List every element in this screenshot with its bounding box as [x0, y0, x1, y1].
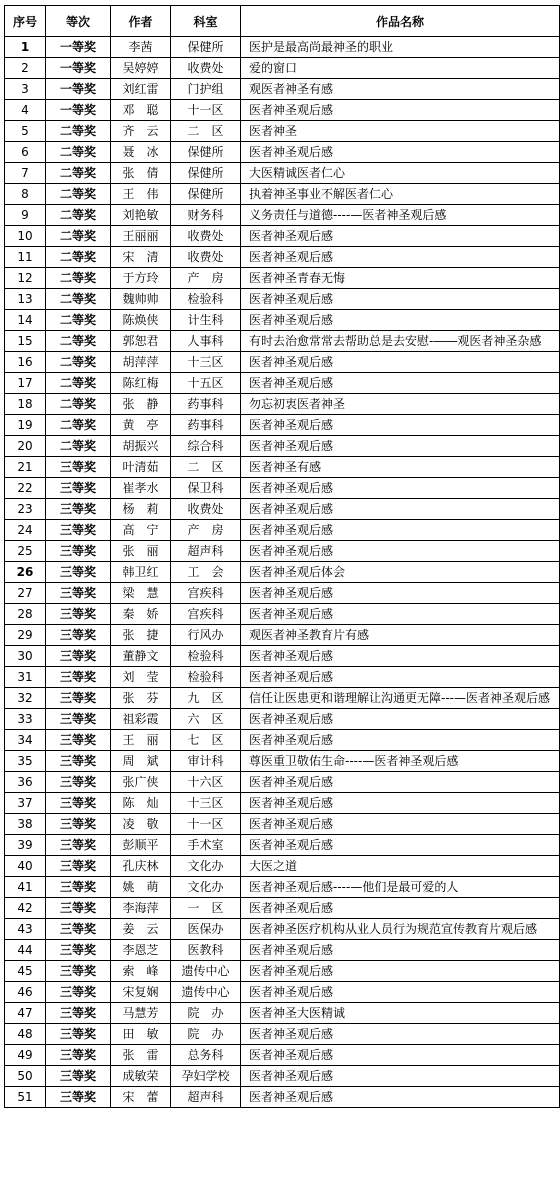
- row-number-cell: 26: [5, 562, 46, 583]
- department-cell: 遗传中心: [171, 961, 241, 982]
- department-cell: 六 区: [171, 709, 241, 730]
- row-number-cell: 14: [5, 310, 46, 331]
- row-number-cell: 50: [5, 1066, 46, 1087]
- row-number-cell: 25: [5, 541, 46, 562]
- table-row: 20二等奖胡振兴综合科医者神圣观后感: [5, 436, 560, 457]
- department-cell: 医教科: [171, 940, 241, 961]
- author-cell: 董静文: [111, 646, 171, 667]
- row-number-cell: 20: [5, 436, 46, 457]
- work-title-cell: 大医精诚医者仁心: [241, 163, 560, 184]
- department-cell: 文化办: [171, 877, 241, 898]
- table-row: 33三等奖祖彩霞六 区医者神圣观后感: [5, 709, 560, 730]
- department-cell: 文化办: [171, 856, 241, 877]
- author-cell: 秦 娇: [111, 604, 171, 625]
- department-cell: 收费处: [171, 226, 241, 247]
- author-cell: 张 捷: [111, 625, 171, 646]
- table-row: 37三等奖陈 灿十三区医者神圣观后感: [5, 793, 560, 814]
- department-cell: 收费处: [171, 247, 241, 268]
- department-cell: 十六区: [171, 772, 241, 793]
- work-title-cell: 医者神圣观后感: [241, 289, 560, 310]
- award-level-cell: 三等奖: [46, 1024, 111, 1045]
- department-cell: 财务科: [171, 205, 241, 226]
- row-number-cell: 32: [5, 688, 46, 709]
- author-cell: 邓 聪: [111, 100, 171, 121]
- department-cell: 收费处: [171, 499, 241, 520]
- department-cell: 院 办: [171, 1003, 241, 1024]
- row-number-cell: 41: [5, 877, 46, 898]
- row-number-cell: 48: [5, 1024, 46, 1045]
- table-row: 41三等奖姚 萌文化办医者神圣观后感----—他们是最可爱的人: [5, 877, 560, 898]
- table-row: 10二等奖王丽丽收费处医者神圣观后感: [5, 226, 560, 247]
- table-row: 17二等奖陈红梅十五区医者神圣观后感: [5, 373, 560, 394]
- award-level-cell: 二等奖: [46, 310, 111, 331]
- work-title-cell: 医者神圣观后感: [241, 352, 560, 373]
- award-level-cell: 三等奖: [46, 1045, 111, 1066]
- award-level-cell: 二等奖: [46, 163, 111, 184]
- table-row: 31三等奖刘 莹检验科医者神圣观后感: [5, 667, 560, 688]
- department-cell: 一 区: [171, 898, 241, 919]
- table-row: 16二等奖胡萍萍十三区医者神圣观后感: [5, 352, 560, 373]
- table-row: 8二等奖王 伟保健所执着神圣事业不解医者仁心: [5, 184, 560, 205]
- row-number-cell: 27: [5, 583, 46, 604]
- work-title-cell: 医者神圣观后感: [241, 1045, 560, 1066]
- work-title-cell: 医者神圣大医精诚: [241, 1003, 560, 1024]
- author-cell: 索 峰: [111, 961, 171, 982]
- department-cell: 手术室: [171, 835, 241, 856]
- award-level-cell: 三等奖: [46, 793, 111, 814]
- author-cell: 陈红梅: [111, 373, 171, 394]
- table-row: 7二等奖张 倩保健所大医精诚医者仁心: [5, 163, 560, 184]
- row-number-cell: 42: [5, 898, 46, 919]
- author-cell: 田 敏: [111, 1024, 171, 1045]
- author-cell: 张 雷: [111, 1045, 171, 1066]
- table-row: 13二等奖魏帅帅检验科医者神圣观后感: [5, 289, 560, 310]
- department-cell: 十三区: [171, 352, 241, 373]
- department-cell: 医保办: [171, 919, 241, 940]
- award-level-cell: 三等奖: [46, 709, 111, 730]
- work-title-cell: 医者神圣观后感: [241, 436, 560, 457]
- work-title-cell: 执着神圣事业不解医者仁心: [241, 184, 560, 205]
- table-row: 21三等奖叶清茹二 区医者神圣有感: [5, 457, 560, 478]
- column-header-number: 序号: [5, 6, 46, 37]
- award-level-cell: 二等奖: [46, 289, 111, 310]
- award-level-cell: 一等奖: [46, 79, 111, 100]
- table-row: 46三等奖宋复娴遗传中心医者神圣观后感: [5, 982, 560, 1003]
- author-cell: 聂 冰: [111, 142, 171, 163]
- work-title-cell: 医者神圣青春无悔: [241, 268, 560, 289]
- table-row: 47三等奖马慧芳院 办医者神圣大医精诚: [5, 1003, 560, 1024]
- work-title-cell: 医者神圣观后感: [241, 415, 560, 436]
- award-level-cell: 三等奖: [46, 541, 111, 562]
- awards-table-header: 序号 等次 作者 科室 作品名称: [5, 6, 560, 37]
- table-row: 9二等奖刘艳敏财务科义务责任与道德----—医者神圣观后感: [5, 205, 560, 226]
- department-cell: 保健所: [171, 37, 241, 58]
- row-number-cell: 3: [5, 79, 46, 100]
- department-cell: 九 区: [171, 688, 241, 709]
- work-title-cell: 医者神圣观后感: [241, 583, 560, 604]
- header-row: 序号 等次 作者 科室 作品名称: [5, 6, 560, 37]
- award-level-cell: 二等奖: [46, 373, 111, 394]
- author-cell: 成敏荣: [111, 1066, 171, 1087]
- award-level-cell: 三等奖: [46, 1066, 111, 1087]
- row-number-cell: 29: [5, 625, 46, 646]
- department-cell: 检验科: [171, 667, 241, 688]
- row-number-cell: 22: [5, 478, 46, 499]
- author-cell: 凌 敬: [111, 814, 171, 835]
- department-cell: 人事科: [171, 331, 241, 352]
- author-cell: 宋 清: [111, 247, 171, 268]
- award-level-cell: 三等奖: [46, 583, 111, 604]
- author-cell: 宋 蕾: [111, 1087, 171, 1108]
- award-level-cell: 三等奖: [46, 562, 111, 583]
- award-level-cell: 二等奖: [46, 352, 111, 373]
- work-title-cell: 尊医重卫敬佑生命----—医者神圣观后感: [241, 751, 560, 772]
- award-level-cell: 三等奖: [46, 772, 111, 793]
- work-title-cell: 医者神圣观后感: [241, 499, 560, 520]
- work-title-cell: 信任让医患更和谐理解让沟通更无障---—医者神圣观后感: [241, 688, 560, 709]
- work-title-cell: 医者神圣观后感: [241, 793, 560, 814]
- work-title-cell: 医者神圣医疗机构从业人员行为规范宣传教育片观后感: [241, 919, 560, 940]
- table-row: 25三等奖张 丽超声科医者神圣观后感: [5, 541, 560, 562]
- work-title-cell: 医者神圣观后感: [241, 961, 560, 982]
- award-level-cell: 三等奖: [46, 898, 111, 919]
- department-cell: 保健所: [171, 184, 241, 205]
- work-title-cell: 医者神圣观后感: [241, 520, 560, 541]
- row-number-cell: 47: [5, 1003, 46, 1024]
- department-cell: 检验科: [171, 289, 241, 310]
- award-level-cell: 一等奖: [46, 37, 111, 58]
- award-level-cell: 三等奖: [46, 478, 111, 499]
- row-number-cell: 39: [5, 835, 46, 856]
- author-cell: 梁 慧: [111, 583, 171, 604]
- table-row: 35三等奖周 斌审计科尊医重卫敬佑生命----—医者神圣观后感: [5, 751, 560, 772]
- department-cell: 审计科: [171, 751, 241, 772]
- table-row: 44三等奖李恩芝医教科医者神圣观后感: [5, 940, 560, 961]
- author-cell: 韩卫红: [111, 562, 171, 583]
- column-header-work-title: 作品名称: [241, 6, 560, 37]
- department-cell: 超声科: [171, 541, 241, 562]
- table-row: 12二等奖于方玲产 房医者神圣青春无悔: [5, 268, 560, 289]
- row-number-cell: 23: [5, 499, 46, 520]
- award-level-cell: 二等奖: [46, 247, 111, 268]
- award-level-cell: 二等奖: [46, 436, 111, 457]
- award-level-cell: 二等奖: [46, 205, 111, 226]
- row-number-cell: 13: [5, 289, 46, 310]
- table-row: 22三等奖崔孝水保卫科医者神圣观后感: [5, 478, 560, 499]
- table-row: 40三等奖孔庆林文化办大医之道: [5, 856, 560, 877]
- department-cell: 十三区: [171, 793, 241, 814]
- row-number-cell: 7: [5, 163, 46, 184]
- table-row: 14二等奖陈焕侠计生科医者神圣观后感: [5, 310, 560, 331]
- author-cell: 高 宁: [111, 520, 171, 541]
- work-title-cell: 医护是最高尚最神圣的职业: [241, 37, 560, 58]
- row-number-cell: 28: [5, 604, 46, 625]
- department-cell: 保健所: [171, 142, 241, 163]
- author-cell: 周 斌: [111, 751, 171, 772]
- work-title-cell: 医者神圣观后感: [241, 667, 560, 688]
- page: 序号 等次 作者 科室 作品名称 1一等奖李茜保健所医护是最高尚最神圣的职业2一…: [0, 0, 560, 1199]
- author-cell: 李恩芝: [111, 940, 171, 961]
- work-title-cell: 医者神圣观后感: [241, 898, 560, 919]
- work-title-cell: 医者神圣观后感: [241, 1066, 560, 1087]
- department-cell: 超声科: [171, 1087, 241, 1108]
- award-level-cell: 三等奖: [46, 520, 111, 541]
- author-cell: 王 丽: [111, 730, 171, 751]
- author-cell: 胡萍萍: [111, 352, 171, 373]
- department-cell: 保卫科: [171, 478, 241, 499]
- department-cell: 检验科: [171, 646, 241, 667]
- row-number-cell: 8: [5, 184, 46, 205]
- award-level-cell: 二等奖: [46, 121, 111, 142]
- department-cell: 产 房: [171, 268, 241, 289]
- department-cell: 药事科: [171, 394, 241, 415]
- author-cell: 祖彩霞: [111, 709, 171, 730]
- table-row: 50三等奖成敏荣孕妇学校医者神圣观后感: [5, 1066, 560, 1087]
- awards-table: 序号 等次 作者 科室 作品名称 1一等奖李茜保健所医护是最高尚最神圣的职业2一…: [4, 5, 560, 1108]
- work-title-cell: 医者神圣观后感: [241, 373, 560, 394]
- table-row: 3一等奖刘红雷门护组观医者神圣有感: [5, 79, 560, 100]
- award-level-cell: 一等奖: [46, 58, 111, 79]
- author-cell: 马慧芳: [111, 1003, 171, 1024]
- award-level-cell: 三等奖: [46, 835, 111, 856]
- award-level-cell: 三等奖: [46, 688, 111, 709]
- row-number-cell: 15: [5, 331, 46, 352]
- work-title-cell: 医者神圣观后感: [241, 835, 560, 856]
- department-cell: 宫疾科: [171, 583, 241, 604]
- table-row: 38三等奖凌 敬十一区医者神圣观后感: [5, 814, 560, 835]
- row-number-cell: 37: [5, 793, 46, 814]
- department-cell: 计生科: [171, 310, 241, 331]
- author-cell: 张广侠: [111, 772, 171, 793]
- department-cell: 产 房: [171, 520, 241, 541]
- department-cell: 十一区: [171, 814, 241, 835]
- author-cell: 宋复娴: [111, 982, 171, 1003]
- row-number-cell: 18: [5, 394, 46, 415]
- row-number-cell: 11: [5, 247, 46, 268]
- table-row: 18二等奖张 静药事科勿忘初衷医者神圣: [5, 394, 560, 415]
- award-level-cell: 二等奖: [46, 394, 111, 415]
- row-number-cell: 35: [5, 751, 46, 772]
- row-number-cell: 1: [5, 37, 46, 58]
- author-cell: 孔庆林: [111, 856, 171, 877]
- department-cell: 十五区: [171, 373, 241, 394]
- author-cell: 吴婷婷: [111, 58, 171, 79]
- row-number-cell: 21: [5, 457, 46, 478]
- author-cell: 刘艳敏: [111, 205, 171, 226]
- table-row: 34三等奖王 丽七 区医者神圣观后感: [5, 730, 560, 751]
- award-level-cell: 三等奖: [46, 667, 111, 688]
- author-cell: 王 伟: [111, 184, 171, 205]
- row-number-cell: 31: [5, 667, 46, 688]
- author-cell: 陈焕侠: [111, 310, 171, 331]
- award-level-cell: 三等奖: [46, 877, 111, 898]
- table-row: 29三等奖张 捷行风办观医者神圣教育片有感: [5, 625, 560, 646]
- award-level-cell: 三等奖: [46, 856, 111, 877]
- table-row: 15二等奖郭恕君人事科有时去治愈常常去帮助总是去安慰-――观医者神圣杂感: [5, 331, 560, 352]
- work-title-cell: 医者神圣观后体会: [241, 562, 560, 583]
- table-row: 39三等奖彭顺平手术室医者神圣观后感: [5, 835, 560, 856]
- table-row: 45三等奖索 峰遗传中心医者神圣观后感: [5, 961, 560, 982]
- row-number-cell: 34: [5, 730, 46, 751]
- work-title-cell: 义务责任与道德----—医者神圣观后感: [241, 205, 560, 226]
- department-cell: 总务科: [171, 1045, 241, 1066]
- author-cell: 黄 亭: [111, 415, 171, 436]
- column-header-author: 作者: [111, 6, 171, 37]
- row-number-cell: 16: [5, 352, 46, 373]
- row-number-cell: 45: [5, 961, 46, 982]
- work-title-cell: 医者神圣观后感: [241, 982, 560, 1003]
- work-title-cell: 勿忘初衷医者神圣: [241, 394, 560, 415]
- table-row: 6二等奖聂 冰保健所医者神圣观后感: [5, 142, 560, 163]
- table-row: 5二等奖齐 云二 区医者神圣: [5, 121, 560, 142]
- work-title-cell: 医者神圣观后感: [241, 604, 560, 625]
- work-title-cell: 医者神圣: [241, 121, 560, 142]
- award-level-cell: 二等奖: [46, 226, 111, 247]
- table-row: 1一等奖李茜保健所医护是最高尚最神圣的职业: [5, 37, 560, 58]
- work-title-cell: 医者神圣观后感: [241, 100, 560, 121]
- author-cell: 姚 萌: [111, 877, 171, 898]
- row-number-cell: 24: [5, 520, 46, 541]
- author-cell: 张 静: [111, 394, 171, 415]
- department-cell: 综合科: [171, 436, 241, 457]
- author-cell: 胡振兴: [111, 436, 171, 457]
- table-row: 49三等奖张 雷总务科医者神圣观后感: [5, 1045, 560, 1066]
- work-title-cell: 观医者神圣有感: [241, 79, 560, 100]
- table-row: 24三等奖高 宁产 房医者神圣观后感: [5, 520, 560, 541]
- work-title-cell: 医者神圣观后感: [241, 541, 560, 562]
- author-cell: 叶清茹: [111, 457, 171, 478]
- table-row: 19二等奖黄 亭药事科医者神圣观后感: [5, 415, 560, 436]
- department-cell: 孕妇学校: [171, 1066, 241, 1087]
- work-title-cell: 医者神圣观后感: [241, 478, 560, 499]
- table-row: 23三等奖杨 莉收费处医者神圣观后感: [5, 499, 560, 520]
- row-number-cell: 5: [5, 121, 46, 142]
- author-cell: 张 芬: [111, 688, 171, 709]
- author-cell: 于方玲: [111, 268, 171, 289]
- award-level-cell: 三等奖: [46, 919, 111, 940]
- department-cell: 药事科: [171, 415, 241, 436]
- column-header-award: 等次: [46, 6, 111, 37]
- table-row: 4一等奖邓 聪十一区医者神圣观后感: [5, 100, 560, 121]
- author-cell: 刘红雷: [111, 79, 171, 100]
- award-level-cell: 二等奖: [46, 184, 111, 205]
- work-title-cell: 医者神圣观后感: [241, 730, 560, 751]
- work-title-cell: 医者神圣观后感: [241, 940, 560, 961]
- work-title-cell: 医者神圣观后感: [241, 142, 560, 163]
- award-level-cell: 一等奖: [46, 100, 111, 121]
- department-cell: 七 区: [171, 730, 241, 751]
- department-cell: 工 会: [171, 562, 241, 583]
- row-number-cell: 40: [5, 856, 46, 877]
- award-level-cell: 三等奖: [46, 646, 111, 667]
- row-number-cell: 51: [5, 1087, 46, 1108]
- work-title-cell: 医者神圣有感: [241, 457, 560, 478]
- author-cell: 崔孝水: [111, 478, 171, 499]
- row-number-cell: 38: [5, 814, 46, 835]
- table-row: 43三等奖姜 云医保办医者神圣医疗机构从业人员行为规范宣传教育片观后感: [5, 919, 560, 940]
- row-number-cell: 6: [5, 142, 46, 163]
- row-number-cell: 33: [5, 709, 46, 730]
- author-cell: 彭顺平: [111, 835, 171, 856]
- table-row: 11二等奖宋 清收费处医者神圣观后感: [5, 247, 560, 268]
- department-cell: 二 区: [171, 457, 241, 478]
- award-level-cell: 三等奖: [46, 499, 111, 520]
- award-level-cell: 二等奖: [46, 142, 111, 163]
- award-level-cell: 二等奖: [46, 331, 111, 352]
- work-title-cell: 医者神圣观后感: [241, 1087, 560, 1108]
- department-cell: 十一区: [171, 100, 241, 121]
- row-number-cell: 19: [5, 415, 46, 436]
- department-cell: 行风办: [171, 625, 241, 646]
- row-number-cell: 17: [5, 373, 46, 394]
- row-number-cell: 46: [5, 982, 46, 1003]
- work-title-cell: 医者神圣观后感: [241, 247, 560, 268]
- author-cell: 张 丽: [111, 541, 171, 562]
- work-title-cell: 医者神圣观后感: [241, 1024, 560, 1045]
- table-row: 32三等奖张 芬九 区信任让医患更和谐理解让沟通更无障---—医者神圣观后感: [5, 688, 560, 709]
- row-number-cell: 10: [5, 226, 46, 247]
- row-number-cell: 30: [5, 646, 46, 667]
- department-cell: 宫疾科: [171, 604, 241, 625]
- row-number-cell: 49: [5, 1045, 46, 1066]
- author-cell: 陈 灿: [111, 793, 171, 814]
- table-row: 27三等奖梁 慧宫疾科医者神圣观后感: [5, 583, 560, 604]
- table-row: 28三等奖秦 娇宫疾科医者神圣观后感: [5, 604, 560, 625]
- work-title-cell: 爱的窗口: [241, 58, 560, 79]
- work-title-cell: 医者神圣观后感: [241, 772, 560, 793]
- author-cell: 李茜: [111, 37, 171, 58]
- award-level-cell: 三等奖: [46, 814, 111, 835]
- award-level-cell: 三等奖: [46, 1003, 111, 1024]
- award-level-cell: 三等奖: [46, 751, 111, 772]
- table-row: 30三等奖董静文检验科医者神圣观后感: [5, 646, 560, 667]
- award-level-cell: 三等奖: [46, 940, 111, 961]
- row-number-cell: 12: [5, 268, 46, 289]
- table-row: 2一等奖吴婷婷收费处爱的窗口: [5, 58, 560, 79]
- department-cell: 遗传中心: [171, 982, 241, 1003]
- award-level-cell: 三等奖: [46, 457, 111, 478]
- work-title-cell: 医者神圣观后感----—他们是最可爱的人: [241, 877, 560, 898]
- table-row: 51三等奖宋 蕾超声科医者神圣观后感: [5, 1087, 560, 1108]
- award-level-cell: 三等奖: [46, 604, 111, 625]
- row-number-cell: 2: [5, 58, 46, 79]
- table-row: 36三等奖张广侠十六区医者神圣观后感: [5, 772, 560, 793]
- author-cell: 姜 云: [111, 919, 171, 940]
- row-number-cell: 43: [5, 919, 46, 940]
- author-cell: 李海萍: [111, 898, 171, 919]
- department-cell: 院 办: [171, 1024, 241, 1045]
- row-number-cell: 9: [5, 205, 46, 226]
- row-number-cell: 44: [5, 940, 46, 961]
- work-title-cell: 观医者神圣教育片有感: [241, 625, 560, 646]
- award-level-cell: 二等奖: [46, 268, 111, 289]
- award-level-cell: 三等奖: [46, 625, 111, 646]
- award-level-cell: 三等奖: [46, 982, 111, 1003]
- work-title-cell: 医者神圣观后感: [241, 814, 560, 835]
- author-cell: 王丽丽: [111, 226, 171, 247]
- work-title-cell: 医者神圣观后感: [241, 646, 560, 667]
- awards-table-body: 1一等奖李茜保健所医护是最高尚最神圣的职业2一等奖吴婷婷收费处爱的窗口3一等奖刘…: [5, 37, 560, 1108]
- author-cell: 杨 莉: [111, 499, 171, 520]
- author-cell: 刘 莹: [111, 667, 171, 688]
- award-level-cell: 三等奖: [46, 961, 111, 982]
- award-level-cell: 二等奖: [46, 415, 111, 436]
- award-level-cell: 三等奖: [46, 1087, 111, 1108]
- department-cell: 门护组: [171, 79, 241, 100]
- work-title-cell: 医者神圣观后感: [241, 709, 560, 730]
- award-level-cell: 三等奖: [46, 730, 111, 751]
- work-title-cell: 有时去治愈常常去帮助总是去安慰-――观医者神圣杂感: [241, 331, 560, 352]
